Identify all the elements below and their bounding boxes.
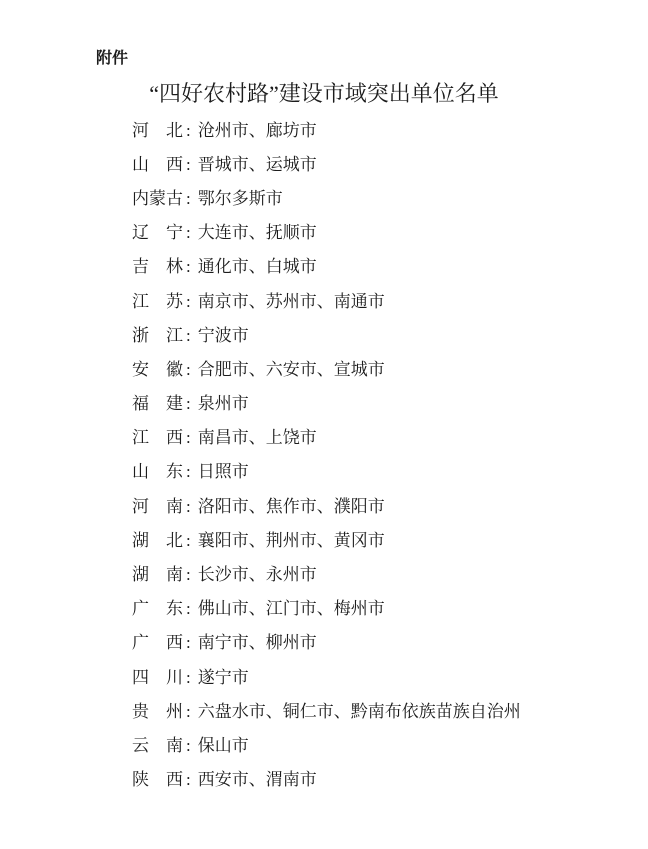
- colon-separator: :: [186, 771, 191, 788]
- cities-text: 长沙市、永州市: [198, 566, 317, 583]
- cities-text: 洛阳市、焦作市、濮阳市: [198, 498, 385, 515]
- list-row: 云 南:保山市: [132, 728, 628, 762]
- list-row: 内蒙古:鄂尔多斯市: [132, 181, 628, 215]
- province-label: 广 西: [132, 634, 186, 651]
- list-row: 湖 北:襄阳市、荆州市、黄冈市: [132, 523, 628, 557]
- province-label: 湖 南: [132, 566, 186, 583]
- colon-separator: :: [186, 463, 191, 480]
- cities-text: 宁波市: [198, 327, 249, 344]
- colon-separator: :: [186, 566, 191, 583]
- province-label: 山 东: [132, 463, 186, 480]
- list-row: 江 西:南昌市、上饶市: [132, 421, 628, 455]
- cities-text: 襄阳市、荆州市、黄冈市: [198, 532, 385, 549]
- list-row: 贵 州:六盘水市、铜仁市、黔南布依族苗族自治州: [132, 694, 628, 728]
- colon-separator: :: [186, 258, 191, 275]
- list-row: 陕 西:西安市、渭南市: [132, 763, 628, 797]
- cities-text: 西安市、渭南市: [198, 771, 317, 788]
- province-label: 山 西: [132, 156, 186, 173]
- province-label: 吉 林: [132, 258, 186, 275]
- colon-separator: :: [186, 737, 191, 754]
- document-page: 附件 “四好农村路”建设市域突出单位名单 河 北:沧州市、廊坊市 山 西:晋城市…: [0, 0, 648, 849]
- province-label: 云 南: [132, 737, 186, 754]
- colon-separator: :: [186, 190, 191, 207]
- colon-separator: :: [186, 498, 191, 515]
- cities-text: 鄂尔多斯市: [198, 190, 283, 207]
- province-label: 陕 西: [132, 771, 186, 788]
- province-label: 安 徽: [132, 361, 186, 378]
- list-row: 河 南:洛阳市、焦作市、濮阳市: [132, 489, 628, 523]
- colon-separator: :: [186, 703, 191, 720]
- list-row: 广 西:南宁市、柳州市: [132, 626, 628, 660]
- list-row: 湖 南:长沙市、永州市: [132, 557, 628, 591]
- cities-text: 大连市、抚顺市: [198, 224, 317, 241]
- colon-separator: :: [186, 429, 191, 446]
- cities-text: 六盘水市、铜仁市、黔南布依族苗族自治州: [198, 703, 521, 720]
- cities-text: 晋城市、运城市: [198, 156, 317, 173]
- colon-separator: :: [186, 634, 191, 651]
- list-row: 四 川:遂宁市: [132, 660, 628, 694]
- colon-separator: :: [186, 395, 191, 412]
- province-label: 湖 北: [132, 532, 186, 549]
- page-title: “四好农村路”建设市域突出单位名单: [0, 80, 648, 108]
- province-label: 江 苏: [132, 293, 186, 310]
- colon-separator: :: [186, 293, 191, 310]
- colon-separator: :: [186, 600, 191, 617]
- colon-separator: :: [186, 361, 191, 378]
- province-label: 贵 州: [132, 703, 186, 720]
- list-row: 吉 林:通化市、白城市: [132, 250, 628, 284]
- list-row: 山 西:晋城市、运城市: [132, 147, 628, 181]
- list-row: 福 建:泉州市: [132, 387, 628, 421]
- list-row: 安 徽:合肥市、六安市、宣城市: [132, 352, 628, 386]
- cities-text: 日照市: [198, 463, 249, 480]
- cities-text: 保山市: [198, 737, 249, 754]
- province-label: 广 东: [132, 600, 186, 617]
- province-label: 浙 江: [132, 327, 186, 344]
- colon-separator: :: [186, 532, 191, 549]
- cities-text: 遂宁市: [198, 669, 249, 686]
- attachment-label: 附件: [96, 50, 128, 68]
- list-row: 广 东:佛山市、江门市、梅州市: [132, 592, 628, 626]
- colon-separator: :: [186, 327, 191, 344]
- province-label: 辽 宁: [132, 224, 186, 241]
- list-row: 山 东:日照市: [132, 455, 628, 489]
- province-label: 福 建: [132, 395, 186, 412]
- province-label: 江 西: [132, 429, 186, 446]
- colon-separator: :: [186, 122, 191, 139]
- colon-separator: :: [186, 669, 191, 686]
- list-row: 江 苏:南京市、苏州市、南通市: [132, 284, 628, 318]
- province-label: 河 北: [132, 122, 186, 139]
- cities-text: 泉州市: [198, 395, 249, 412]
- list-row: 浙 江:宁波市: [132, 318, 628, 352]
- list-row: 河 北:沧州市、廊坊市: [132, 113, 628, 147]
- cities-text: 沧州市、廊坊市: [198, 122, 317, 139]
- colon-separator: :: [186, 224, 191, 241]
- province-label: 内蒙古: [132, 190, 186, 207]
- cities-text: 通化市、白城市: [198, 258, 317, 275]
- province-list: 河 北:沧州市、廊坊市 山 西:晋城市、运城市 内蒙古:鄂尔多斯市 辽 宁:大连…: [132, 113, 628, 797]
- colon-separator: :: [186, 156, 191, 173]
- province-label: 四 川: [132, 669, 186, 686]
- cities-text: 佛山市、江门市、梅州市: [198, 600, 385, 617]
- province-label: 河 南: [132, 498, 186, 515]
- cities-text: 合肥市、六安市、宣城市: [198, 361, 385, 378]
- cities-text: 南昌市、上饶市: [198, 429, 317, 446]
- cities-text: 南宁市、柳州市: [198, 634, 317, 651]
- cities-text: 南京市、苏州市、南通市: [198, 293, 385, 310]
- list-row: 辽 宁:大连市、抚顺市: [132, 216, 628, 250]
